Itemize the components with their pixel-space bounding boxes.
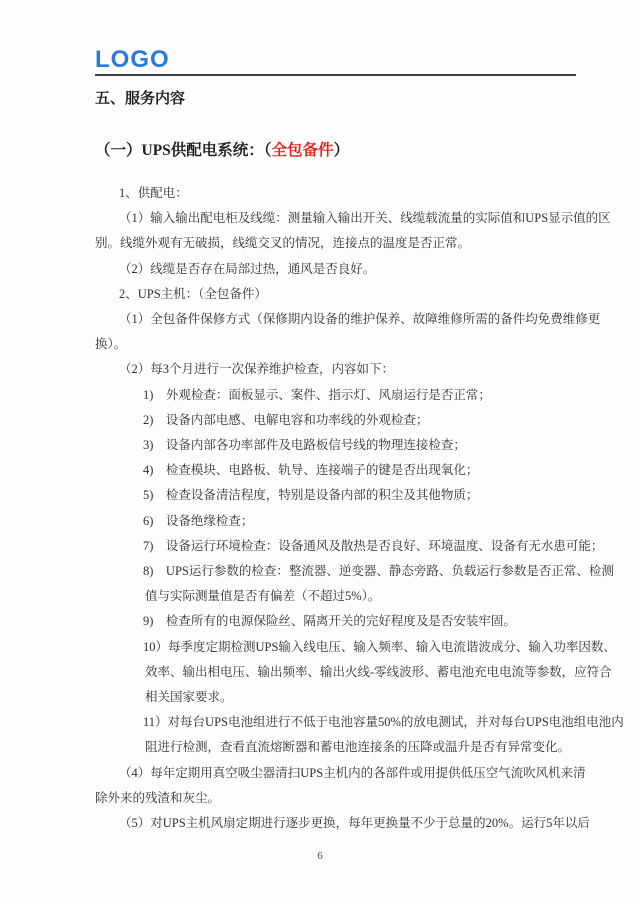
document-page: LOGO 五、服务内容 （一）UPS供配电系统：（全包备件） 1、供配电：（1）… <box>0 0 640 906</box>
text-line: 3) 设备内部各功率部件及电路板信号线的物理连接检查； <box>95 433 576 458</box>
document-body: 1、供配电：（1）输入输出配电柜及线缆：测量输入输出开关、线缆载流量的实际值和U… <box>95 181 576 836</box>
text-line: 11）对每台UPS电池组进行不低于电池容量50%的放电测试，并对每台UPS电池组… <box>95 710 576 735</box>
text-line: （2）每3个月进行一次保养维护检查，内容如下： <box>95 357 576 382</box>
text-line: （4）每年定期用真空吸尘器清扫UPS主机内的各部件或用提供低压空气流吹风机来清 <box>95 761 576 786</box>
text-line: 效率、输出相电压、输出频率、输出火线-零线波形、蓄电池充电电流等参数，应符合 <box>95 660 576 685</box>
text-line: 8) UPS运行参数的检查：整流器、逆变器、静态旁路、负载运行参数是否正常、检测 <box>95 559 576 584</box>
logo: LOGO <box>95 48 576 72</box>
text-line: 相关国家要求。 <box>95 685 576 710</box>
text-line: 别。线缆外观有无破损，线缆交叉的情况，连接点的温度是否正常。 <box>95 231 576 256</box>
text-line: （1）输入输出配电柜及线缆：测量输入输出开关、线缆载流量的实际值和UPS显示值的… <box>95 206 576 231</box>
text-line: 2、UPS主机：（全包备件） <box>95 282 576 307</box>
text-line: 7) 设备运行环境检查：设备通风及散热是否良好、环境温度、设备有无水患可能； <box>95 534 576 559</box>
subsection-heading: （一）UPS供配电系统：（全包备件） <box>95 142 576 159</box>
text-line: 除外来的残渣和灰尘。 <box>95 786 576 811</box>
text-line: （2）线缆是否存在局部过热，通风是否良好。 <box>95 257 576 282</box>
text-line: （5）对UPS主机风扇定期进行逐步更换，每年更换量不少于总量的20%。运行5年以… <box>95 811 576 836</box>
text-line: 1、供配电： <box>95 181 576 206</box>
text-line: 6) 设备绝缘检查； <box>95 509 576 534</box>
page-number: 6 <box>0 850 640 862</box>
text-line: 4) 检查模块、电路板、轨导、连接端子的键是否出现氧化； <box>95 458 576 483</box>
section-heading: 五、服务内容 <box>95 91 576 107</box>
subsection-heading-suffix: ） <box>334 142 350 159</box>
header-rule <box>95 74 576 76</box>
text-line: 9) 检查所有的电源保险丝、隔离开关的完好程度及是否安装牢固。 <box>95 609 576 634</box>
text-line: 1) 外观检查：面板显示、案件、指示灯、风扇运行是否正常； <box>95 383 576 408</box>
subsection-heading-highlight: 全包备件 <box>272 142 334 159</box>
subsection-heading-prefix: （一）UPS供配电系统：（ <box>95 142 272 159</box>
text-line: 阻进行检测，查看直流熔断器和蓄电池连接条的压降或温升是否有异常变化。 <box>95 735 576 760</box>
text-line: （1）全包备件保修方式（保修期内设备的维护保养、故障维修所需的备件均免费维修更 <box>95 307 576 332</box>
text-line: 5) 检查设备清洁程度，特别是设备内部的积尘及其他物质； <box>95 483 576 508</box>
text-line: 2) 设备内部电感、电解电容和功率线的外观检查； <box>95 408 576 433</box>
text-line: 换）。 <box>95 332 576 357</box>
text-line: 10）每季度定期检测UPS输入线电压、输入频率、输入电流谐波成分、输入功率因数、 <box>95 635 576 660</box>
text-line: 值与实际测量值是否有偏差（不超过5%）。 <box>95 584 576 609</box>
